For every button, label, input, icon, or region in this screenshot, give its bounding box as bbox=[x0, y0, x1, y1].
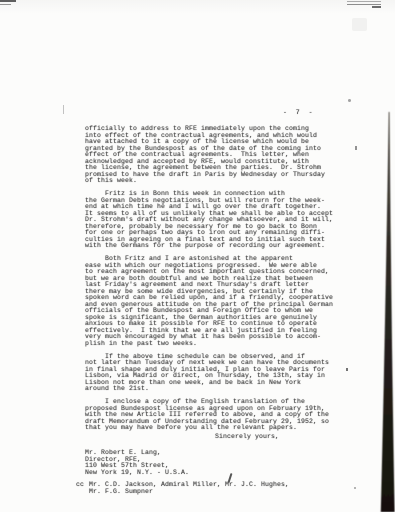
paragraph-1: officially to address to RFE immediately… bbox=[85, 126, 333, 185]
scan-artifact-speck bbox=[63, 105, 64, 114]
paragraph-5: I enclose a copy of the English translat… bbox=[85, 399, 333, 432]
letter-body: officially to address to RFE immediately… bbox=[85, 126, 333, 438]
scan-artifact-speck bbox=[354, 487, 356, 489]
cc-label: cc bbox=[76, 482, 84, 495]
paragraph-3: Both Fritz and I are astonished at the a… bbox=[85, 256, 333, 347]
scan-artifact-speck bbox=[355, 146, 357, 150]
scan-artifact-smudge bbox=[352, 18, 367, 31]
scan-artifact-topright-line2 bbox=[347, 4, 381, 5]
recipient-address-block: Mr. Robert E. Lang, Director, RFE, 110 W… bbox=[85, 450, 189, 476]
paragraph-2: Fritz is in Bonn this week in connection… bbox=[85, 191, 333, 250]
cc-names: Mr. C.D. Jackson, Admiral Miller, Mr. J.… bbox=[89, 482, 289, 495]
closing-salutation: Sincerely yours, bbox=[215, 434, 279, 441]
scan-artifact-topleft-line2 bbox=[0, 4, 11, 5]
scanned-letter-page: - 7 - officially to address to RFE immed… bbox=[0, 0, 395, 512]
scan-artifact-speck bbox=[346, 368, 348, 371]
cc-block: cc Mr. C.D. Jackson, Admiral Miller, Mr.… bbox=[76, 482, 289, 495]
scan-artifact-speck bbox=[348, 99, 351, 102]
scan-artifact-topright-line bbox=[347, 1, 381, 2]
scan-artifact-topright-line3 bbox=[372, 6, 381, 8]
paragraph-4: If the above time schedule can be observ… bbox=[85, 354, 333, 393]
page-number: - 7 - bbox=[283, 110, 315, 117]
scan-artifact-topleft-line bbox=[0, 0, 16, 2]
